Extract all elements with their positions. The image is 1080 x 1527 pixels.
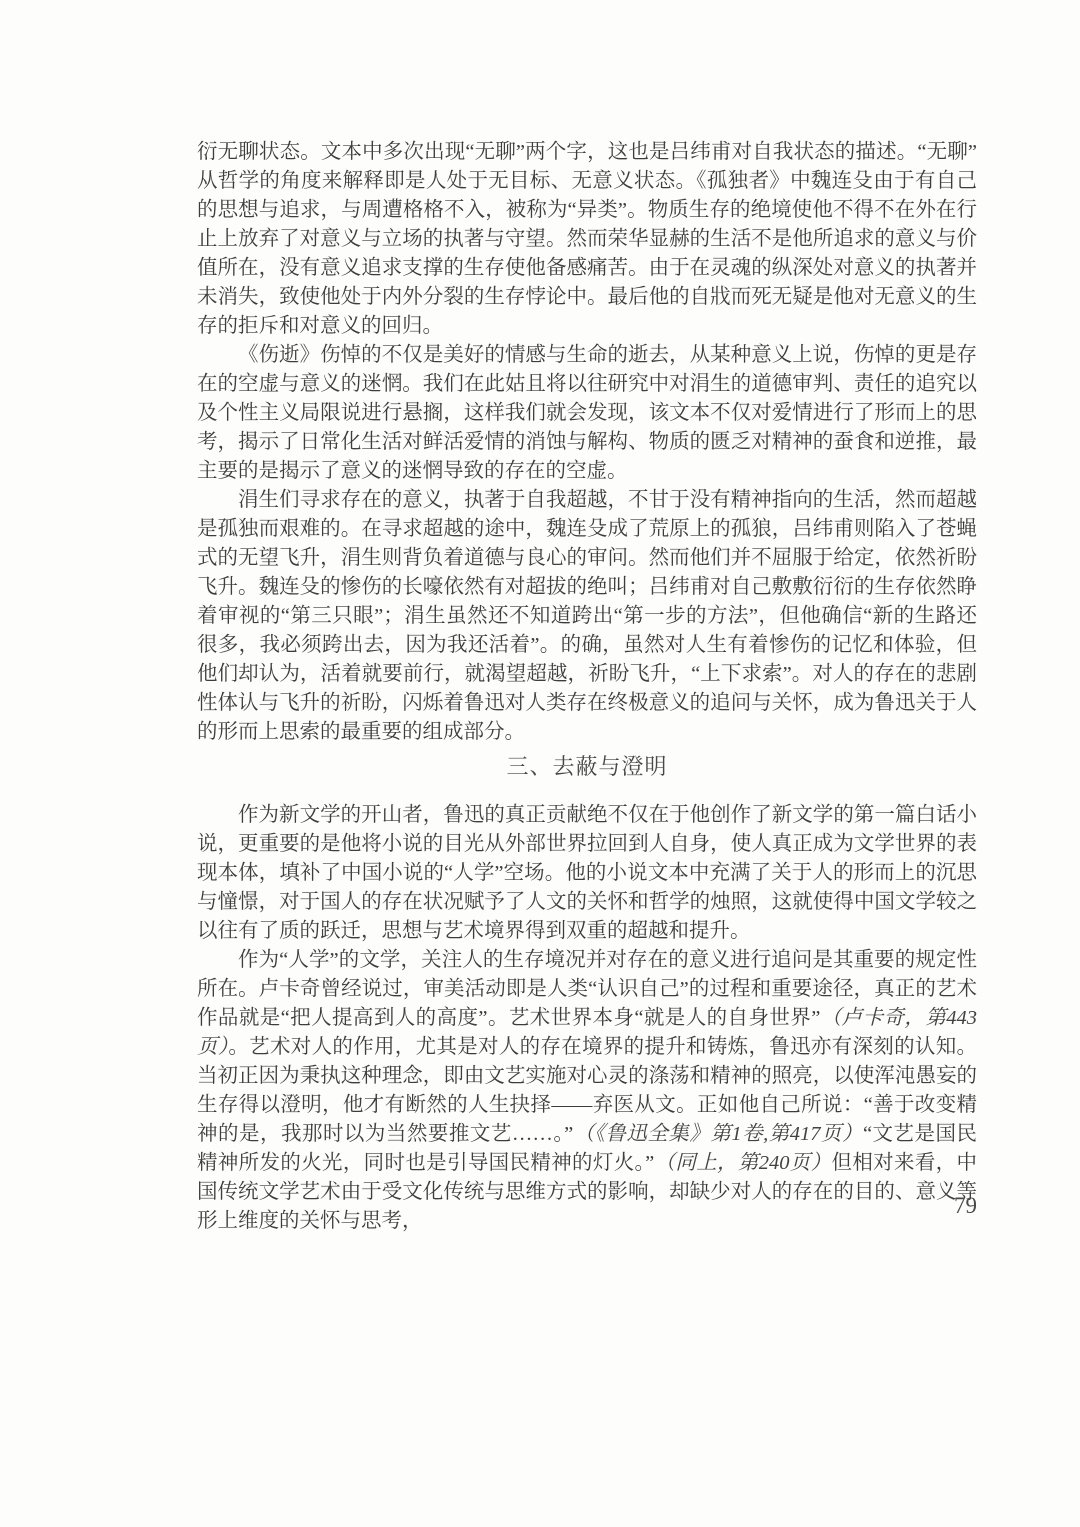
section-heading: 三、去蔽与澄明 bbox=[197, 751, 977, 783]
body-paragraph-new-literature: 作为新文学的开山者，鲁迅的真正贡献绝不仅在于他创作了新文学的第一篇白话小说，更重… bbox=[197, 801, 977, 946]
body-paragraph-shangshi: 《伤逝》伤悼的不仅是美好的情感与生命的逝去，从某种意义上说，伤悼的更是存在的空虚… bbox=[197, 341, 977, 486]
body-paragraph-juansheng: 涓生们寻求存在的意义，执著于自我超越，不甘于没有精神指向的生活，然而超越是孤独而… bbox=[197, 486, 977, 747]
citation-text: （同上，第240页） bbox=[654, 1152, 831, 1174]
text-column: 衍无聊状态。文本中多次出现“无聊”两个字，这也是吕纬甫对自我状态的描述。“无聊”… bbox=[197, 138, 977, 1236]
body-paragraph-continuation: 衍无聊状态。文本中多次出现“无聊”两个字，这也是吕纬甫对自我状态的描述。“无聊”… bbox=[197, 138, 977, 341]
body-text: 衍无聊状态。文本中多次出现“无聊”两个字，这也是吕纬甫对自我状态的描述。“无聊”… bbox=[197, 141, 977, 337]
citation-text: （《鲁迅全集》第1卷,第417页） bbox=[573, 1123, 863, 1145]
page-number: 79 bbox=[954, 1193, 977, 1219]
body-text: 涓生们寻求存在的意义，执著于自我超越，不甘于没有精神指向的生活，然而超越是孤独而… bbox=[197, 489, 977, 743]
body-text: 作为新文学的开山者，鲁迅的真正贡献绝不仅在于他创作了新文学的第一篇白话小说，更重… bbox=[197, 804, 977, 942]
body-text: 《伤逝》伤悼的不仅是美好的情感与生命的逝去，从某种意义上说，伤悼的更是存在的空虚… bbox=[197, 344, 977, 482]
scanned-page: 衍无聊状态。文本中多次出现“无聊”两个字，这也是吕纬甫对自我状态的描述。“无聊”… bbox=[0, 0, 1080, 1527]
body-paragraph-renxue: 作为“人学”的文学，关注人的生存境况并对存在的意义进行追问是其重要的规定性所在。… bbox=[197, 946, 977, 1236]
